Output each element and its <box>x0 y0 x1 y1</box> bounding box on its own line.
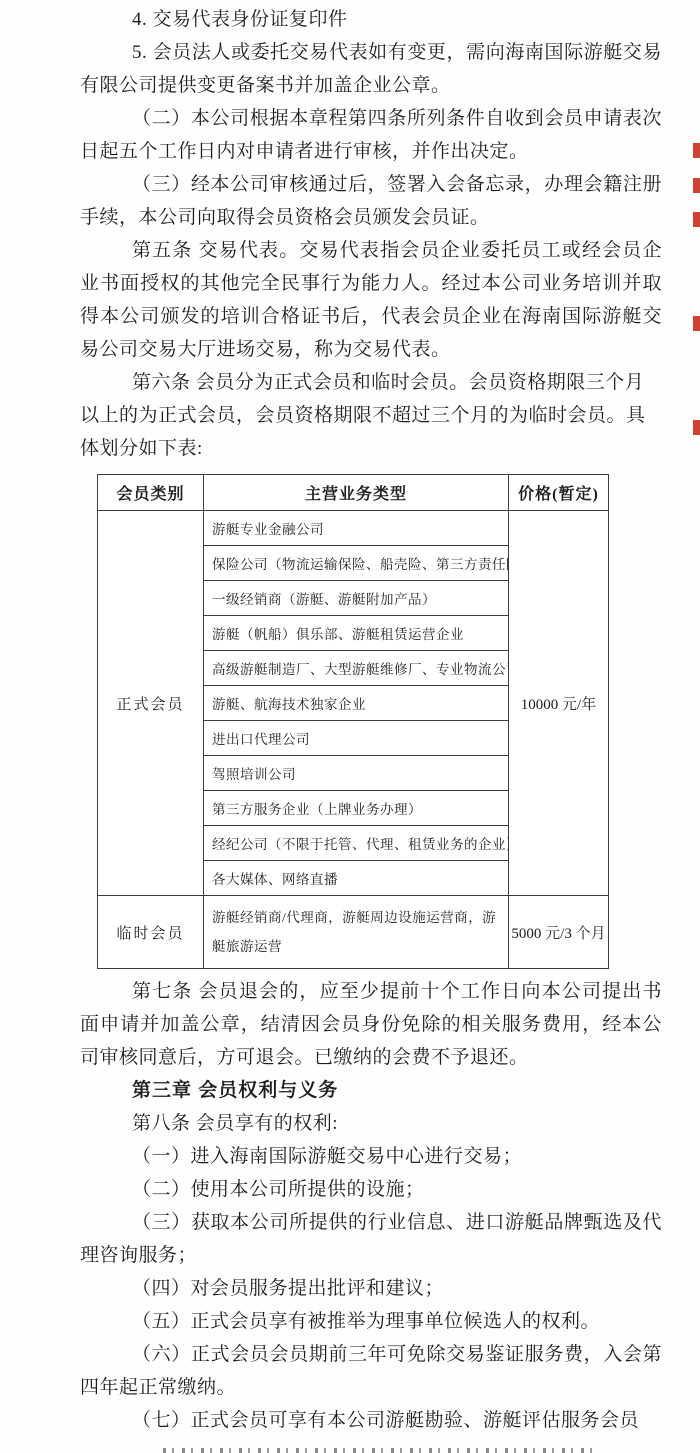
paragraph-article-5: 第五条 交易代表。交易代表指会员企业委托员工或经会员企业书面授权的其他完全民事行… <box>80 234 662 366</box>
paragraph-clause-2: （二）本公司根据本章程第四条所列条件自收到会员申请表次日起五个工作日内对申请者进… <box>80 102 662 168</box>
paragraph-article-7: 第七条 会员退会的，应至少提前十个工作日向本公司提出书面申请并加盖公章，结清因会… <box>80 975 662 1074</box>
red-edge-mark <box>693 316 700 331</box>
right-item-7: （七）正式会员可享有本公司游艇勘验、游艇评估服务会员 <box>80 1404 662 1437</box>
table-row-temporary-member: 临时会员 游艇经销商/代理商，游艇周边设施运营商，游艇旅游运营 5000 元/3… <box>98 896 609 969</box>
business-cell: 游艇、航海技术独家企业 <box>204 686 509 721</box>
formal-member-category-cell: 正式会员 <box>98 511 204 896</box>
right-item-3: （三）获取本公司所提供的行业信息、进口游艇品牌甄选及代理咨询服务； <box>80 1206 662 1272</box>
table-row: 正式会员 游艇专业金融公司 10000 元/年 <box>98 511 609 546</box>
right-item-5: （五）正式会员享有被推举为理事单位候选人的权利。 <box>80 1305 662 1338</box>
header-member-category: 会员类别 <box>98 475 204 511</box>
table-header-row: 会员类别 主营业务类型 价格(暂定) <box>98 475 609 511</box>
temporary-member-price-cell: 5000 元/3 个月 <box>509 896 609 969</box>
paragraph-article-8: 第八条 会员享有的权利: <box>80 1107 662 1140</box>
business-cell: 保险公司（物流运输保险、船壳险、第三方责任险） <box>204 546 509 581</box>
red-edge-mark <box>693 178 700 193</box>
business-cell: 高级游艇制造厂、大型游艇维修厂、专业物流公司 <box>204 651 509 686</box>
business-cell: 一级经销商（游艇、游艇附加产品） <box>204 581 509 616</box>
paragraph-item-5: 5. 会员法人或委托交易代表如有变更，需向海南国际游艇交易有限公司提供变更备案书… <box>80 36 662 102</box>
business-cell: 进出口代理公司 <box>204 721 509 756</box>
formal-member-price-cell: 10000 元/年 <box>509 511 609 896</box>
business-cell: 游艇经销商/代理商，游艇周边设施运营商，游艇旅游运营 <box>204 896 509 969</box>
business-cell: 驾照培训公司 <box>204 756 509 791</box>
business-cell: 经纪公司（不限于托管、代理、租赁业务的企业） <box>204 826 509 861</box>
paragraph-item-4: 4. 交易代表身份证复印件 <box>80 3 662 36</box>
red-edge-mark <box>693 420 700 435</box>
business-cell: 游艇专业金融公司 <box>204 511 509 546</box>
right-item-4: （四）对会员服务提出批评和建议； <box>80 1272 662 1305</box>
header-business-type: 主营业务类型 <box>204 475 509 511</box>
scanned-document-page: { "page": { "background": "#fefefc", "te… <box>0 0 700 1453</box>
right-item-1: （一）进入海南国际游艇交易中心进行交易； <box>80 1140 662 1173</box>
paragraph-article-6: 第六条 会员分为正式会员和临时会员。会员资格期限三个月以上的为正式会员，会员资格… <box>80 366 662 465</box>
business-cell: 游艇（帆船）俱乐部、游艇租赁运营企业 <box>204 616 509 651</box>
membership-table: 会员类别 主营业务类型 价格(暂定) 正式会员 游艇专业金融公司 10000 元… <box>97 474 609 969</box>
temporary-member-category-cell: 临时会员 <box>98 896 204 969</box>
right-item-6: （六）正式会员会员期前三年可免除交易鉴证服务费，入会第四年起正常缴纳。 <box>80 1338 662 1404</box>
business-cell: 第三方服务企业（上牌业务办理） <box>204 791 509 826</box>
header-price: 价格(暂定) <box>509 475 609 511</box>
right-item-2: （二）使用本公司所提供的设施； <box>80 1173 662 1206</box>
paragraph-clause-3: （三）经本公司审核通过后，签署入会备忘录，办理会籍注册手续，本公司向取得会员资格… <box>80 168 662 234</box>
chapter-3-heading: 第三章 会员权利与义务 <box>80 1074 662 1107</box>
business-cell: 各大媒体、网络直播 <box>204 861 509 896</box>
red-edge-mark <box>693 143 700 158</box>
document-content: 4. 交易代表身份证复印件 5. 会员法人或委托交易代表如有变更，需向海南国际游… <box>80 0 662 1437</box>
red-edge-mark <box>693 212 700 227</box>
clipped-next-text-line <box>163 1448 600 1453</box>
